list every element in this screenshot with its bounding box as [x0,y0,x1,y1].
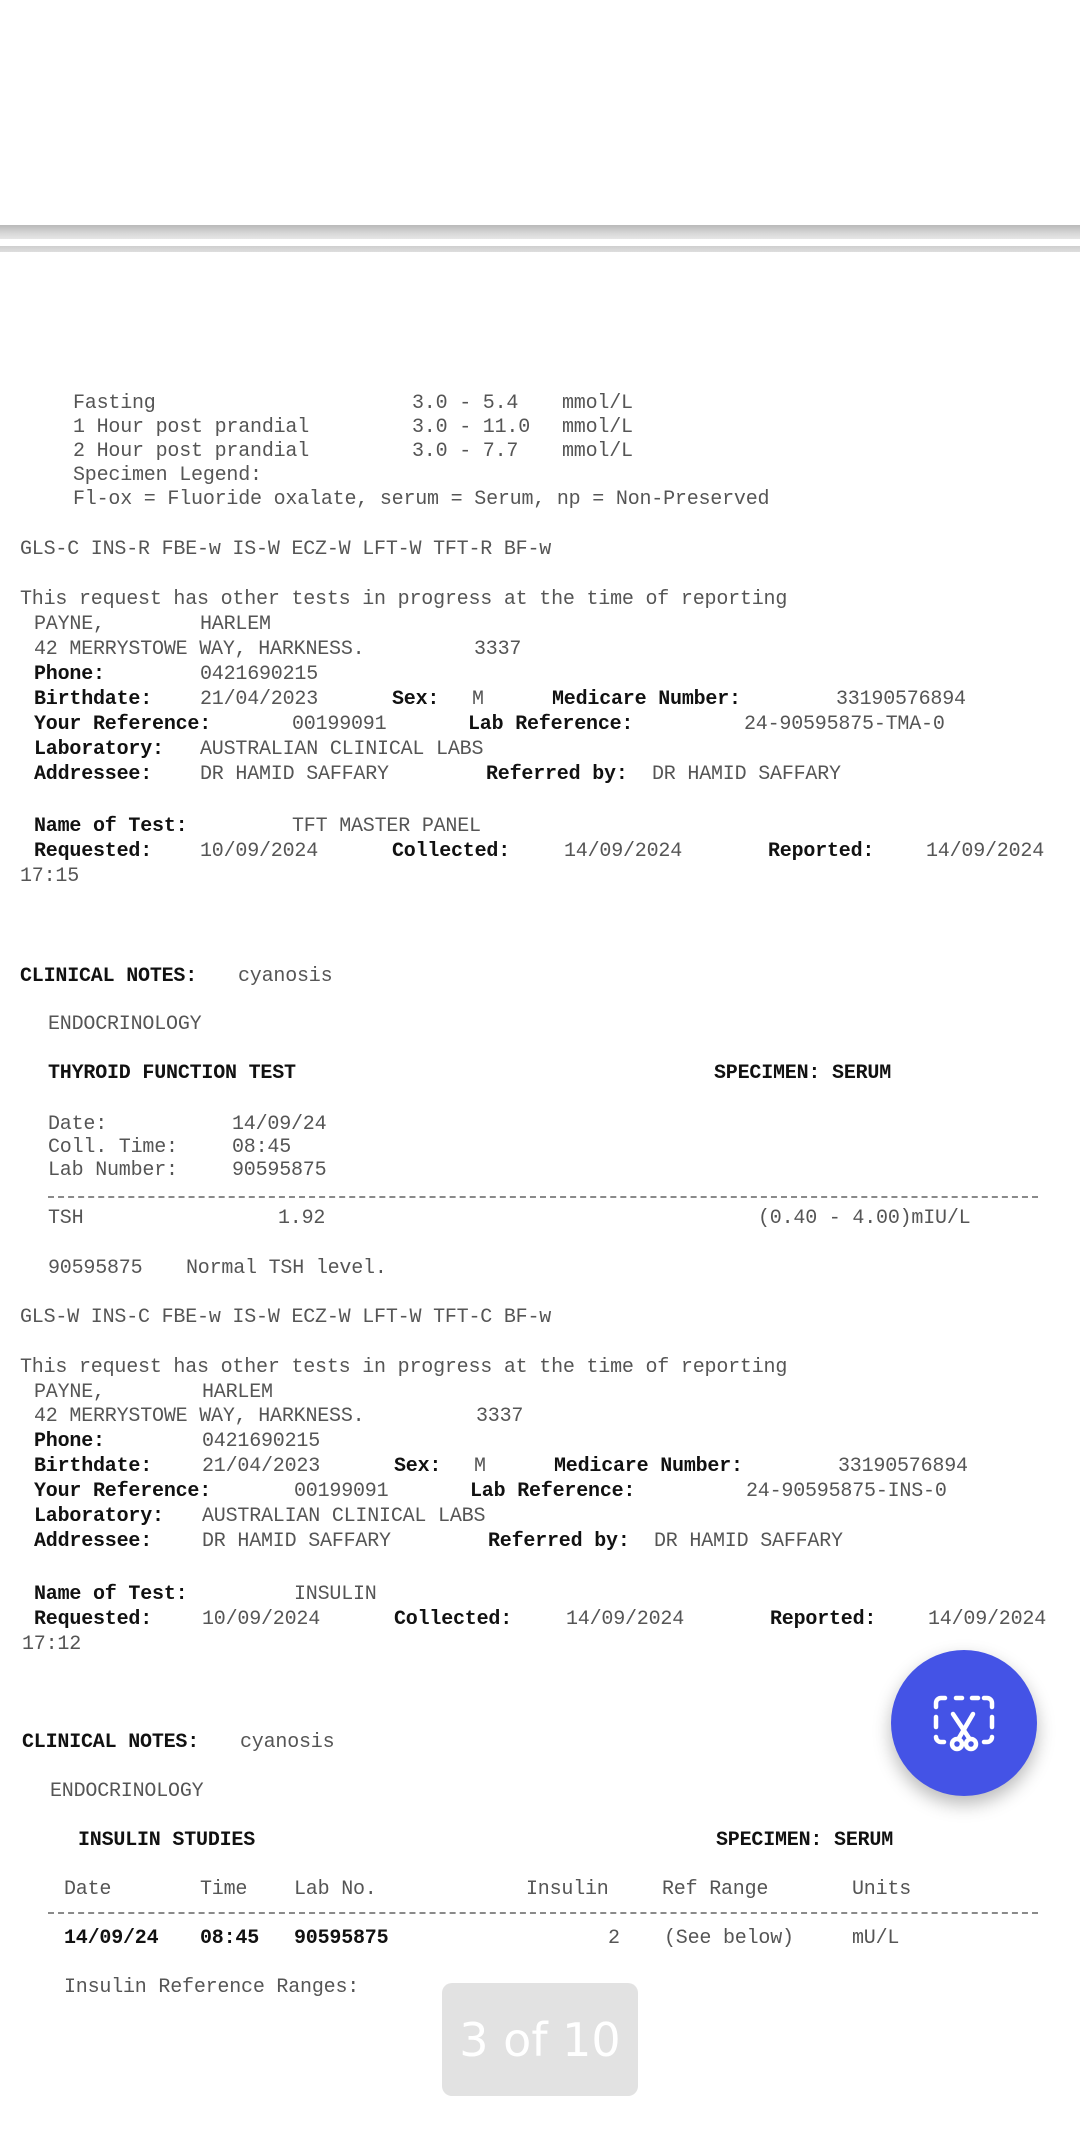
previous-page-blank-area [0,0,1080,225]
test-name-value: INSULIN [294,1583,377,1607]
date-value: 14/09/24 [232,1113,326,1137]
patient-address: 42 MERRYSTOWE WAY, HARKNESS. [34,638,364,662]
coll-time-label: Coll. Time: [48,1136,178,1160]
birthdate-label: Birthdate: [34,1455,152,1479]
collected-value: 14/09/2024 [564,840,682,864]
glucose-range-value: 3.0 - 5.4 [412,392,518,416]
test-name-label: Name of Test: [34,1583,187,1607]
glucose-range-label: Fasting [73,392,156,416]
status-codes: GLS-C INS-R FBE-w IS-W ECZ-W LFT-W TFT-R… [20,538,551,562]
sex-value: M [472,688,484,712]
your-reference-label: Your Reference: [34,1480,211,1504]
in-progress-note: This request has other tests in progress… [20,1356,787,1380]
insulin-reference-ranges-label: Insulin Reference Ranges: [64,1976,359,2000]
collected-value: 14/09/2024 [566,1608,684,1632]
in-progress-note: This request has other tests in progress… [20,588,787,612]
reported-time: 17:15 [20,865,79,889]
sex-label: Sex: [394,1455,441,1479]
dashed-divider [48,1912,1038,1914]
referred-by-label: Referred by: [488,1530,630,1554]
medicare-label: Medicare Number: [552,688,741,712]
requested-label: Requested: [34,840,152,864]
reported-value: 14/09/2024 [926,840,1044,864]
sex-value: M [474,1455,486,1479]
column-header-insulin: Insulin [526,1878,609,1902]
section-title: INSULIN STUDIES [78,1829,255,1853]
phone-label: Phone: [34,663,105,687]
glucose-range-unit: mmol/L [562,416,633,440]
referred-by-label: Referred by: [486,763,628,787]
medicare-label: Medicare Number: [554,1455,743,1479]
collected-label: Collected: [392,840,510,864]
lab-reference-label: Lab Reference: [468,713,633,737]
addressee-label: Addressee: [34,1530,152,1554]
glucose-range-label: 1 Hour post prandial [73,416,309,440]
column-header-date: Date [64,1878,111,1902]
addressee-value: DR HAMID SAFFARY [200,763,389,787]
row-time: 08:45 [200,1927,259,1951]
laboratory-label: Laboratory: [34,738,164,762]
result-reference-range: (0.40 - 4.00)mIU/L [758,1207,970,1231]
phone-value: 0421690215 [202,1430,320,1454]
row-ref-range: (See below) [664,1927,794,1951]
addressee-label: Addressee: [34,763,152,787]
patient-given-name: HARLEM [202,1381,273,1405]
lab-number-label: Lab Number: [48,1159,178,1183]
medicare-value: 33190576894 [836,688,966,712]
specimen-legend-label: Specimen Legend: [73,464,262,488]
referred-by-value: DR HAMID SAFFARY [654,1530,843,1554]
lab-number-value: 90595875 [232,1159,326,1183]
row-insulin-value: 2 [608,1927,620,1951]
result-value: 1.92 [278,1207,325,1231]
department: ENDOCRINOLOGY [50,1780,203,1804]
row-date: 14/09/24 [64,1927,158,1951]
birthdate-label: Birthdate: [34,688,152,712]
birthdate-value: 21/04/2023 [200,688,318,712]
glucose-range-value: 3.0 - 11.0 [412,416,530,440]
clinical-notes-label: CLINICAL NOTES: [20,965,197,989]
your-reference-value: 00199091 [294,1480,388,1504]
laboratory-value: AUSTRALIAN CLINICAL LABS [200,738,483,762]
row-lab-no: 90595875 [294,1927,388,1951]
result-name: TSH [48,1207,83,1231]
page-indicator: 3 of 10 [442,1983,638,2096]
column-header-time: Time [200,1878,247,1902]
patient-surname: PAYNE, [34,1381,105,1405]
glucose-range-unit: mmol/L [562,440,633,464]
reported-value: 14/09/2024 [928,1608,1046,1632]
patient-surname: PAYNE, [34,613,105,637]
requested-value: 10/09/2024 [202,1608,320,1632]
reported-time: 17:12 [22,1633,81,1657]
glucose-range-unit: mmol/L [562,392,633,416]
clinical-notes-value: cyanosis [238,965,332,989]
lab-reference-value: 24-90595875-TMA-0 [744,713,945,737]
lab-reference-value: 24-90595875-INS-0 [746,1480,947,1504]
comment-lab-number: 90595875 [48,1257,142,1281]
dashed-divider [48,1196,1038,1198]
laboratory-value: AUSTRALIAN CLINICAL LABS [202,1505,485,1529]
glucose-range-label: 2 Hour post prandial [73,440,309,464]
column-header-units: Units [852,1878,911,1902]
glucose-range-value: 3.0 - 7.7 [412,440,518,464]
coll-time-value: 08:45 [232,1136,291,1160]
birthdate-value: 21/04/2023 [202,1455,320,1479]
referred-by-value: DR HAMID SAFFARY [652,763,841,787]
status-codes: GLS-W INS-C FBE-w IS-W ECZ-W LFT-W TFT-C… [20,1306,551,1330]
addressee-value: DR HAMID SAFFARY [202,1530,391,1554]
section-title: THYROID FUNCTION TEST [48,1062,296,1086]
patient-postcode: 3337 [476,1405,523,1429]
test-name-label: Name of Test: [34,815,187,839]
test-name-value: TFT MASTER PANEL [292,815,481,839]
specimen-legend-text: Fl-ox = Fluoride oxalate, serum = Serum,… [73,488,769,512]
sex-label: Sex: [392,688,439,712]
reported-label: Reported: [768,840,874,864]
column-header-ref-range: Ref Range [662,1878,768,1902]
specimen-type: SPECIMEN: SERUM [714,1062,891,1086]
patient-given-name: HARLEM [200,613,271,637]
screenshot-scissors-icon [931,1690,997,1757]
requested-value: 10/09/2024 [200,840,318,864]
patient-postcode: 3337 [474,638,521,662]
row-units: mU/L [852,1927,899,1951]
collected-label: Collected: [394,1608,512,1632]
clinical-notes-label: CLINICAL NOTES: [22,1731,199,1755]
medicare-value: 33190576894 [838,1455,968,1479]
screenshot-capture-button[interactable] [891,1650,1037,1796]
reported-label: Reported: [770,1608,876,1632]
requested-label: Requested: [34,1608,152,1632]
column-header-lab-no: Lab No. [294,1878,377,1902]
clinical-notes-value: cyanosis [240,1731,334,1755]
phone-label: Phone: [34,1430,105,1454]
lab-reference-label: Lab Reference: [470,1480,635,1504]
your-reference-label: Your Reference: [34,713,211,737]
specimen-type: SPECIMEN: SERUM [716,1829,893,1853]
result-comment: Normal TSH level. [186,1257,387,1281]
department: ENDOCRINOLOGY [48,1013,201,1037]
page-separator [0,225,1080,239]
laboratory-label: Laboratory: [34,1505,164,1529]
date-label: Date: [48,1113,107,1137]
your-reference-value: 00199091 [292,713,386,737]
phone-value: 0421690215 [200,663,318,687]
patient-address: 42 MERRYSTOWE WAY, HARKNESS. [34,1405,364,1429]
page-separator-secondary [0,246,1080,252]
